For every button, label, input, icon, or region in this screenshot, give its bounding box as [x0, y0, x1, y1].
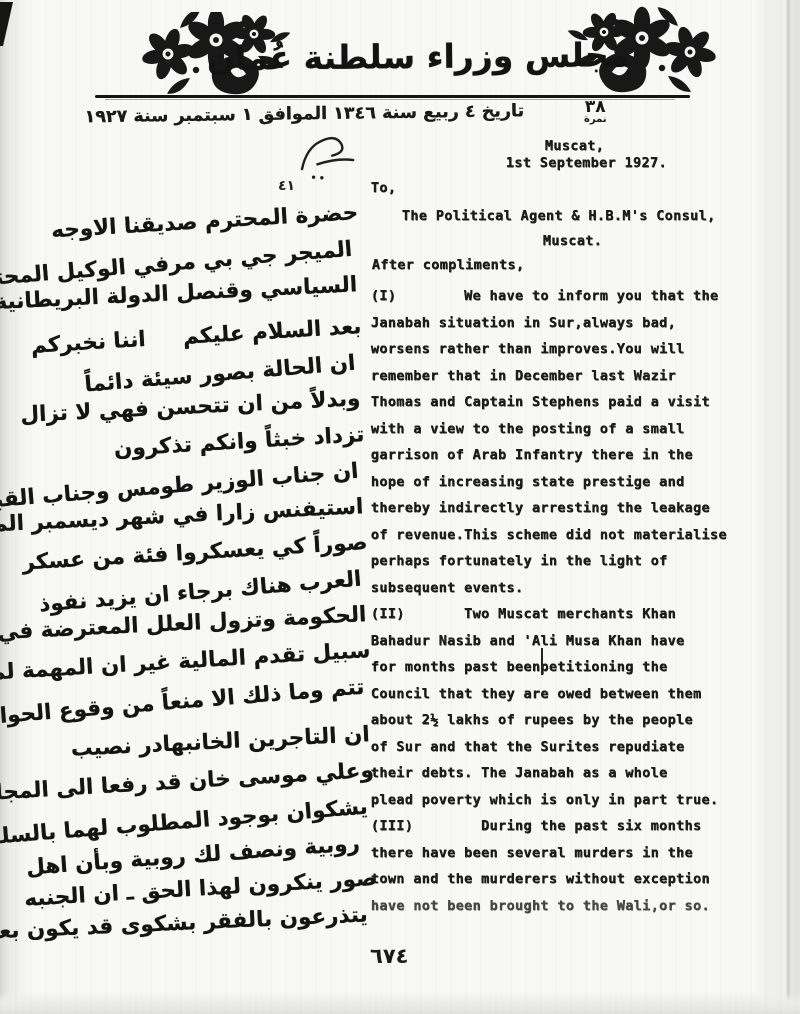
arabic-date-line: تاريخ ٤ ربيع سنة ١٣٤٦ الموافق ١ سبتمبر س… — [128, 101, 524, 127]
typed-line: Janabah situation in Sur,always bad, — [371, 310, 795, 337]
typed-line: Thomas and Captain Stephens paid a visit — [371, 389, 795, 416]
letter-number-label: نمرة — [584, 115, 607, 125]
typed-line: with a view to the posting of a small — [371, 416, 795, 443]
paragraph-2: (II) Two Muscat merchants KhanBahadur Na… — [371, 601, 795, 813]
handwritten-flourish-icon — [290, 124, 370, 186]
letter-body: (I) We have to inform you that theJanaba… — [371, 283, 795, 919]
margin-mark: ٤١ — [278, 178, 295, 194]
letter-date: 1st September 1927. — [506, 155, 667, 172]
typed-line: their debts. The Janabah as a whole — [371, 760, 795, 787]
typed-line: of revenue.This scheme did not materiali… — [371, 522, 795, 549]
addressee-place: Muscat. — [543, 233, 602, 249]
typed-line: (I) We have to inform you that the — [371, 283, 795, 310]
opening-line: After compliments, — [372, 257, 525, 273]
scan-edge-bottom — [0, 992, 800, 1014]
letter-dateline: Muscat, 1st September 1927. — [506, 138, 667, 172]
typed-line: subsequent events. — [371, 575, 795, 602]
letter-place: Muscat, — [545, 138, 667, 155]
typed-line: remember that in December last Wazir — [371, 363, 795, 390]
typed-line: have not been brought to the Wali,or so. — [371, 893, 795, 920]
typed-line: for months past beenpetitioning the — [371, 654, 795, 681]
insertion-caret-mark — [541, 648, 543, 675]
letter-number-value: ٣٨ — [584, 100, 607, 115]
paragraph-1: (I) We have to inform you that theJanaba… — [371, 283, 795, 601]
typed-line: plead poverty which is only in part true… — [371, 787, 795, 814]
typed-line: Bahadur Nasib and 'Ali Musa Khan have — [371, 628, 795, 655]
salutation-to: To, — [371, 180, 396, 196]
typed-line: there have been several murders in the — [371, 840, 795, 867]
typed-line: Council that they are owed between them — [371, 681, 795, 708]
letter-number-block: ٣٨ نمرة — [584, 100, 607, 125]
scan-corner-mark — [0, 2, 16, 48]
masthead-calligraphy: مجلس وزراء سلطنة عُمان — [268, 15, 569, 98]
typed-line: garrison of Arab Infantry there in the — [371, 442, 795, 469]
typed-line: about 2½ lakhs of rupees by the people — [371, 707, 795, 734]
paragraph-3: (III) During the past six monthsthere ha… — [371, 813, 795, 919]
typed-line: thereby indirectly arresting the leakage — [371, 495, 795, 522]
scanned-letter-page: مجلس وزراء سلطنة عُمان ٣٨ نمرة تاريخ ٤ ر… — [0, 0, 800, 1014]
typed-line: hope of increasing state prestige and — [371, 469, 795, 496]
typed-line: worsens rather than improves.You will — [371, 336, 795, 363]
typed-line: of Sur and that the Surites repudiate — [371, 734, 795, 761]
arabic-letter-column: حضرة المحترم صديقنا الاوجهالميجر جي بي م… — [4, 195, 378, 943]
typed-line: perhaps fortunately in the light of — [371, 548, 795, 575]
addressee-line: The Political Agent & H.B.M's Consul, — [402, 208, 716, 224]
typed-line: (III) During the past six months — [371, 813, 795, 840]
page-number: ٦٧٤ — [370, 944, 408, 968]
typed-line: town and the murderers without exception — [371, 866, 795, 893]
typed-line: (II) Two Muscat merchants Khan — [371, 601, 795, 628]
